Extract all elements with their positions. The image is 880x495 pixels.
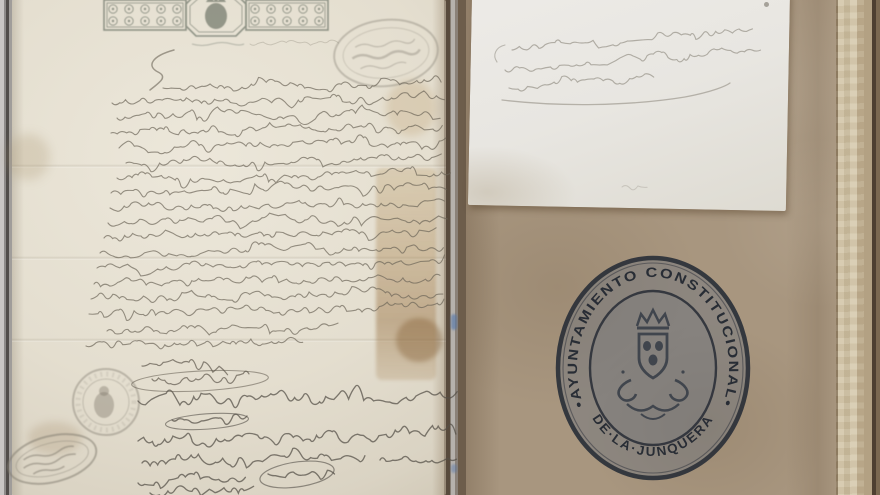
faint-oval-stamp xyxy=(328,14,444,92)
blue-ink-speck xyxy=(451,314,457,330)
cover-right-edge xyxy=(864,0,880,495)
pasted-title-label xyxy=(468,0,790,211)
oval-stamp-scrawl xyxy=(351,39,421,72)
stamp-left-panel-inner xyxy=(107,3,183,27)
corner-stamp-scrawl xyxy=(21,445,78,477)
archival-document-photo: •AYUNTAMIENTO CONSTITUCIONAL• DE·LA·JUNQ… xyxy=(0,0,880,495)
coat-of-arms-icon xyxy=(205,0,227,29)
label-ink-speck xyxy=(764,2,769,7)
stamp-caption-scrawl xyxy=(192,43,244,46)
repair-tape-stain xyxy=(376,168,436,380)
faint-corner-oval-stamp xyxy=(2,426,104,488)
blue-ink-speck xyxy=(451,464,457,473)
stamp-right-panel-inner xyxy=(249,3,325,27)
paper-stain xyxy=(6,134,50,180)
binding-gap xyxy=(444,0,466,495)
cover-spine-texture xyxy=(836,0,864,495)
letterhead-ornamental-stamp xyxy=(96,0,336,54)
oval-stamp-border xyxy=(331,15,441,92)
municipal-seal: •AYUNTAMIENTO CONSTITUCIONAL• DE·LA·JUNQ… xyxy=(553,254,753,482)
round-stamp-figure xyxy=(94,386,114,418)
